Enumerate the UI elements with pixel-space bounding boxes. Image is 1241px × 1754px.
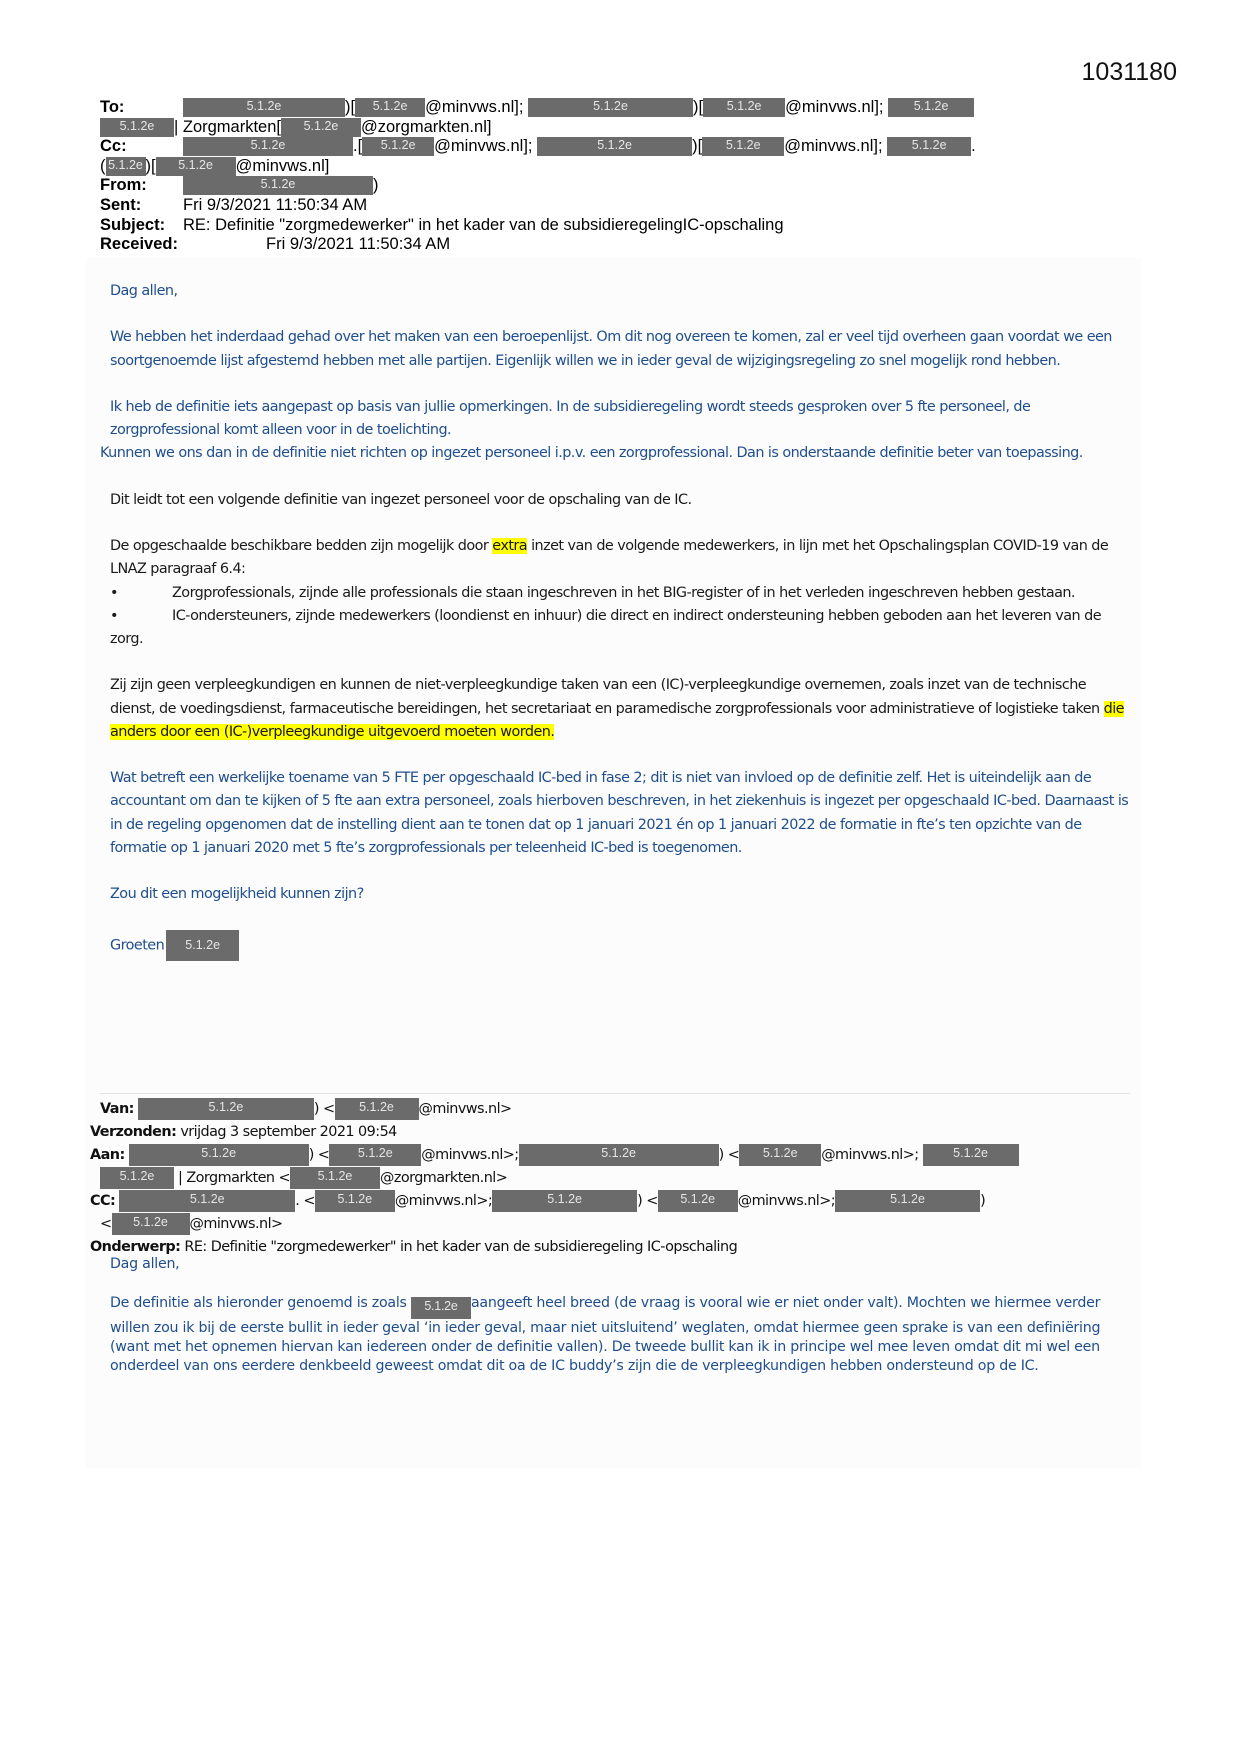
closing-text: Groeten [110, 937, 164, 953]
cc-row: CC: 5.1.2e. <5.1.2e@minvws.nl>;5.1.2e) <… [90, 1190, 1140, 1213]
redaction: 5.1.2e [537, 137, 692, 156]
redaction: 5.1.2e [106, 157, 146, 176]
email-domain: @minvws.nl]; [785, 98, 883, 116]
paragraph: De definitie als hieronder genoemd is zo… [110, 1294, 1140, 1376]
separator [100, 1093, 1130, 1094]
sent-value: Fri 9/3/2021 11:50:34 AM [183, 196, 367, 214]
paragraph: Zij zijn geen verpleegkundigen en kunnen… [110, 674, 1130, 744]
redaction: 5.1.2e [156, 157, 236, 176]
redaction: 5.1.2e [100, 118, 174, 137]
redaction: 5.1.2e [119, 1190, 295, 1212]
greeting: Dag allen, [110, 1255, 1140, 1274]
verzonden-value: vrijdag 3 september 2021 09:54 [180, 1124, 396, 1140]
email-domain: @minvws.nl>; [738, 1193, 835, 1209]
email-domain: @minvws.nl]; [784, 137, 882, 155]
redaction: 5.1.2e [290, 1167, 380, 1189]
redaction: 5.1.2e [703, 98, 785, 117]
email-header-1: To:5.1.2e)[5.1.2e@minvws.nl]; 5.1.2e)[5.… [100, 98, 1140, 255]
zorgmarkten-email: @zorgmarkten.nl] [361, 118, 491, 136]
paragraph: Zou dit een mogelijkheid kunnen zijn? [110, 883, 1130, 906]
bullet-text: IC-ondersteuners, zijnde medewerkers (lo… [110, 608, 1101, 647]
bullet-icon: • [110, 605, 172, 628]
paragraph: Kunnen we ons dan in de definitie niet r… [100, 442, 1130, 465]
onderwerp-value: RE: Definitie "zorgmedewerker" in het ka… [184, 1239, 737, 1255]
from-row: From:5.1.2e) [100, 176, 1140, 196]
highlighted-text: extra [492, 538, 527, 554]
paragraph-text: Kunnen we ons dan in de definitie niet r… [100, 445, 1083, 461]
subject-row: Subject:RE: Definitie "zorgmedewerker" i… [100, 216, 1140, 236]
cc-label: CC: [90, 1193, 115, 1209]
cc-row: Cc:5.1.2e.[5.1.2e@minvws.nl]; 5.1.2e)[5.… [100, 137, 1140, 157]
redaction: 5.1.2e [887, 137, 971, 156]
redaction: 5.1.2e [335, 1098, 419, 1120]
email-domain: @minvws.nl] [236, 157, 330, 175]
zorgmarkten-email: @zorgmarkten.nl> [380, 1170, 507, 1186]
redaction: 5.1.2e [129, 1144, 309, 1166]
redaction: 5.1.2e [329, 1144, 421, 1166]
redaction: 5.1.2e [528, 98, 693, 117]
text: Zij zijn geen verpleegkundigen en kunnen… [110, 677, 1104, 716]
cc-label: Cc: [100, 137, 183, 157]
cc-row-cont: <5.1.2e@minvws.nl> [100, 1213, 1140, 1236]
to-row: To:5.1.2e)[5.1.2e@minvws.nl]; 5.1.2e)[5.… [100, 98, 1140, 118]
bullet-text: Zorgprofessionals, zijnde alle professio… [172, 585, 1075, 601]
redaction: 5.1.2e [739, 1144, 821, 1166]
redaction: 5.1.2e [492, 1190, 637, 1212]
text: De opgeschaalde beschikbare bedden zijn … [110, 538, 492, 554]
paragraph: Dit leidt tot een volgende definitie van… [110, 489, 1130, 512]
sent-label: Sent: [100, 196, 183, 216]
redaction: 5.1.2e [835, 1190, 980, 1212]
closing: Groeten5.1.2e [110, 930, 1130, 961]
paragraph: Ik heb de definitie iets aangepast op ba… [110, 396, 1130, 442]
email-domain: @minvws.nl>; [421, 1147, 518, 1163]
redaction: 5.1.2e [138, 1098, 314, 1120]
redaction: 5.1.2e [362, 137, 434, 156]
redaction: 5.1.2e [281, 118, 361, 137]
aan-row-cont: 5.1.2e | Zorgmarkten <5.1.2e@zorgmarkten… [100, 1167, 1140, 1190]
email-domain: @minvws.nl>; [395, 1193, 492, 1209]
received-label: Received: [100, 235, 266, 255]
to-label: To: [100, 98, 183, 118]
paragraph: We hebben het inderdaad gehad over het m… [110, 326, 1130, 372]
document-number: 1031180 [1082, 58, 1177, 87]
van-label: Van: [100, 1101, 134, 1117]
zorgmarkten-name: | Zorgmarkten[ [174, 118, 281, 136]
aan-row: Aan: 5.1.2e) <5.1.2e@minvws.nl>;5.1.2e) … [90, 1144, 1140, 1167]
bullet-icon: • [110, 582, 172, 605]
redaction: 5.1.2e [183, 176, 373, 195]
text: De definitie als hieronder genoemd is zo… [110, 1295, 411, 1311]
redaction: 5.1.2e [519, 1144, 719, 1166]
received-row: Received:Fri 9/3/2021 11:50:34 AM [100, 235, 1140, 255]
redaction: 5.1.2e [888, 98, 974, 117]
message-1-body: Dag allen, We hebben het inderdaad gehad… [110, 280, 1130, 961]
redaction: 5.1.2e [411, 1297, 471, 1319]
van-row: Van: 5.1.2e) <5.1.2e@minvws.nl> [100, 1098, 1140, 1121]
bullet-item: •Zorgprofessionals, zijnde alle professi… [110, 582, 1130, 605]
email-header-2: Van: 5.1.2e) <5.1.2e@minvws.nl> Verzonde… [100, 1098, 1140, 1259]
redaction: 5.1.2e [100, 1167, 174, 1189]
from-label: From: [100, 176, 183, 196]
email-domain: @minvws.nl> [419, 1101, 512, 1117]
verzonden-row: Verzonden: vrijdag 3 september 2021 09:5… [90, 1121, 1140, 1144]
greeting: Dag allen, [110, 280, 1130, 303]
paragraph: De opgeschaalde beschikbare bedden zijn … [110, 535, 1130, 581]
redaction: 5.1.2e [183, 137, 353, 156]
bullet-item: •IC-ondersteuners, zijnde medewerkers (l… [110, 605, 1130, 651]
zorgmarkten-name: | Zorgmarkten < [178, 1170, 290, 1186]
redaction: 5.1.2e [112, 1213, 190, 1235]
cc-row-cont: (5.1.2e)[5.1.2e@minvws.nl] [100, 157, 1140, 177]
aan-label: Aan: [90, 1147, 125, 1163]
message-2-body: Dag allen, De definitie als hieronder ge… [110, 1285, 1140, 1376]
to-row-cont: 5.1.2e| Zorgmarkten[5.1.2e@zorgmarkten.n… [100, 118, 1140, 138]
verzonden-label: Verzonden: [90, 1124, 176, 1140]
subject-label: Subject: [100, 216, 183, 236]
subject-value: RE: Definitie "zorgmedewerker" in het ka… [183, 216, 784, 234]
sent-row: Sent:Fri 9/3/2021 11:50:34 AM [100, 196, 1140, 216]
email-domain: @minvws.nl> [190, 1216, 283, 1232]
paragraph: Wat betreft een werkelijke toename van 5… [110, 767, 1130, 860]
onderwerp-label: Onderwerp: [90, 1239, 180, 1255]
redaction: 5.1.2e [658, 1190, 738, 1212]
redaction: 5.1.2e [166, 930, 239, 961]
redaction: 5.1.2e [355, 98, 425, 117]
email-domain: @minvws.nl]; [434, 137, 532, 155]
email-domain: @minvws.nl]; [425, 98, 523, 116]
redaction: 5.1.2e [923, 1144, 1019, 1166]
redaction: 5.1.2e [702, 137, 784, 156]
email-domain: @minvws.nl>; [821, 1147, 918, 1163]
received-value: Fri 9/3/2021 11:50:34 AM [266, 235, 450, 253]
redaction: 5.1.2e [315, 1190, 395, 1212]
redaction: 5.1.2e [183, 98, 345, 117]
